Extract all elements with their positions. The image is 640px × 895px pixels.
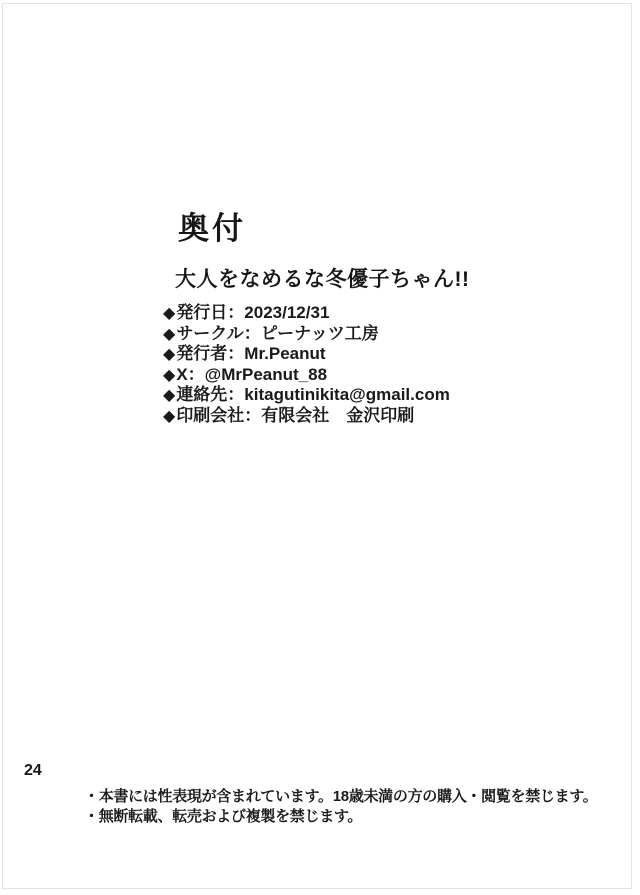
- diamond-bullet-icon: ◆: [163, 407, 175, 427]
- info-row-publisher: ◆ 発行者：Mr.Peanut: [163, 344, 450, 365]
- info-text-publish-date: 発行日：2023/12/31: [176, 303, 329, 323]
- diamond-bullet-icon: ◆: [163, 345, 175, 365]
- publication-info-list: ◆ 発行日：2023/12/31 ◆ サークル：ピーナッツ工房 ◆ 発行者：Mr…: [163, 303, 450, 427]
- info-text-circle: サークル：ピーナッツ工房: [176, 324, 378, 344]
- diamond-bullet-icon: ◆: [163, 325, 175, 345]
- info-text-publisher: 発行者：Mr.Peanut: [176, 344, 325, 364]
- disclaimer-line-no-reproduction: ・無断転載、転売および複製を禁じます。: [84, 807, 598, 827]
- info-text-printer: 印刷会社：有限会社 金沢印刷: [176, 406, 414, 426]
- disclaimer-line-adult-content: ・本書には性表現が含まれています。18歳未満の方の購入・閲覧を禁じます。: [84, 787, 598, 807]
- page-edge-outline: [2, 3, 632, 889]
- diamond-bullet-icon: ◆: [163, 386, 175, 406]
- info-row-publish-date: ◆ 発行日：2023/12/31: [163, 303, 450, 324]
- disclaimer-block: ・本書には性表現が含まれています。18歳未満の方の購入・閲覧を禁じます。 ・無断…: [84, 787, 598, 827]
- colophon-page: 奥付 大人をなめるな冬優子ちゃん!! ◆ 発行日：2023/12/31 ◆ サー…: [0, 0, 640, 895]
- info-row-circle: ◆ サークル：ピーナッツ工房: [163, 324, 450, 345]
- info-text-x-account: X：@MrPeanut_88: [176, 365, 327, 385]
- info-text-contact: 連絡先：kitagutinikita@gmail.com: [176, 385, 450, 405]
- diamond-bullet-icon: ◆: [163, 366, 175, 386]
- info-row-x-account: ◆ X：@MrPeanut_88: [163, 365, 450, 386]
- colophon-heading: 奥付: [178, 203, 246, 248]
- book-title: 大人をなめるな冬優子ちゃん!!: [175, 263, 470, 293]
- diamond-bullet-icon: ◆: [163, 304, 175, 324]
- info-row-contact: ◆ 連絡先：kitagutinikita@gmail.com: [163, 385, 450, 406]
- info-row-printer: ◆ 印刷会社：有限会社 金沢印刷: [163, 406, 450, 427]
- page-number: 24: [24, 762, 42, 780]
